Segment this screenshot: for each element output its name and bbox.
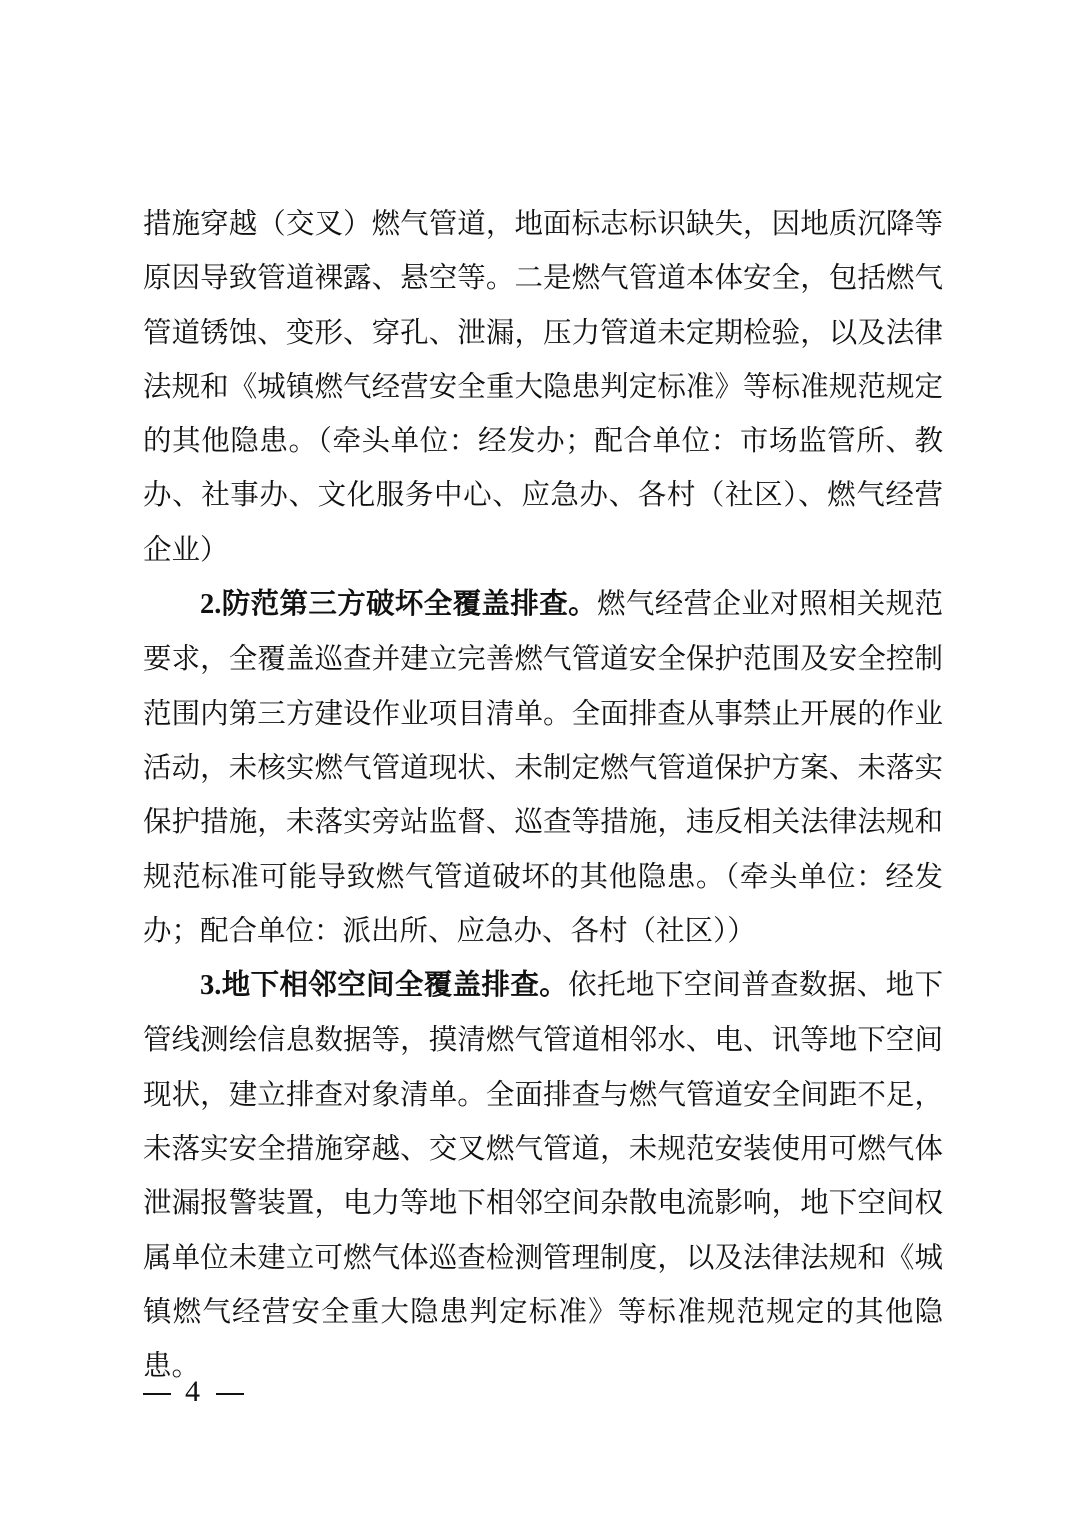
page-number: 4 [185, 1375, 202, 1408]
section-heading: 2.防范第三方破坏全覆盖排查。 [200, 587, 597, 620]
section-number: 2. [200, 589, 221, 620]
footer-dash-right [216, 1393, 244, 1395]
section-title: 地下相邻空间全覆盖排查。 [221, 968, 568, 1001]
document-body: 措施穿越（交叉）燃气管道，地面标志标识缺失，因地质沉降等原因导致管道裸露、悬空等… [143, 197, 943, 1394]
page-footer: 4 [143, 1375, 244, 1409]
document-page: 措施穿越（交叉）燃气管道，地面标志标识缺失，因地质沉降等原因导致管道裸露、悬空等… [0, 0, 1074, 1520]
section-number: 3. [200, 970, 221, 1001]
section-title: 防范第三方破坏全覆盖排查。 [221, 587, 597, 620]
paragraph-text: 措施穿越（交叉）燃气管道，地面标志标识缺失，因地质沉降等原因导致管道裸露、悬空等… [143, 207, 943, 566]
paragraph-continuation: 措施穿越（交叉）燃气管道，地面标志标识缺失，因地质沉降等原因导致管道裸露、悬空等… [143, 197, 943, 577]
paragraph-text: 依托地下空间普查数据、地下管线测绘信息数据等，摸清燃气管道相邻水、电、讯等地下空… [143, 968, 943, 1382]
footer-dash-left [143, 1393, 171, 1395]
paragraph-underground-space: 3.地下相邻空间全覆盖排查。依托地下空间普查数据、地下管线测绘信息数据等，摸清燃… [143, 958, 943, 1393]
paragraph-text: 燃气经营企业对照相关规范要求，全覆盖巡查并建立完善燃气管道安全保护范围及安全控制… [143, 587, 943, 947]
paragraph-third-party-damage: 2.防范第三方破坏全覆盖排查。燃气经营企业对照相关规范要求，全覆盖巡查并建立完善… [143, 577, 943, 958]
section-heading: 3.地下相邻空间全覆盖排查。 [200, 968, 568, 1001]
